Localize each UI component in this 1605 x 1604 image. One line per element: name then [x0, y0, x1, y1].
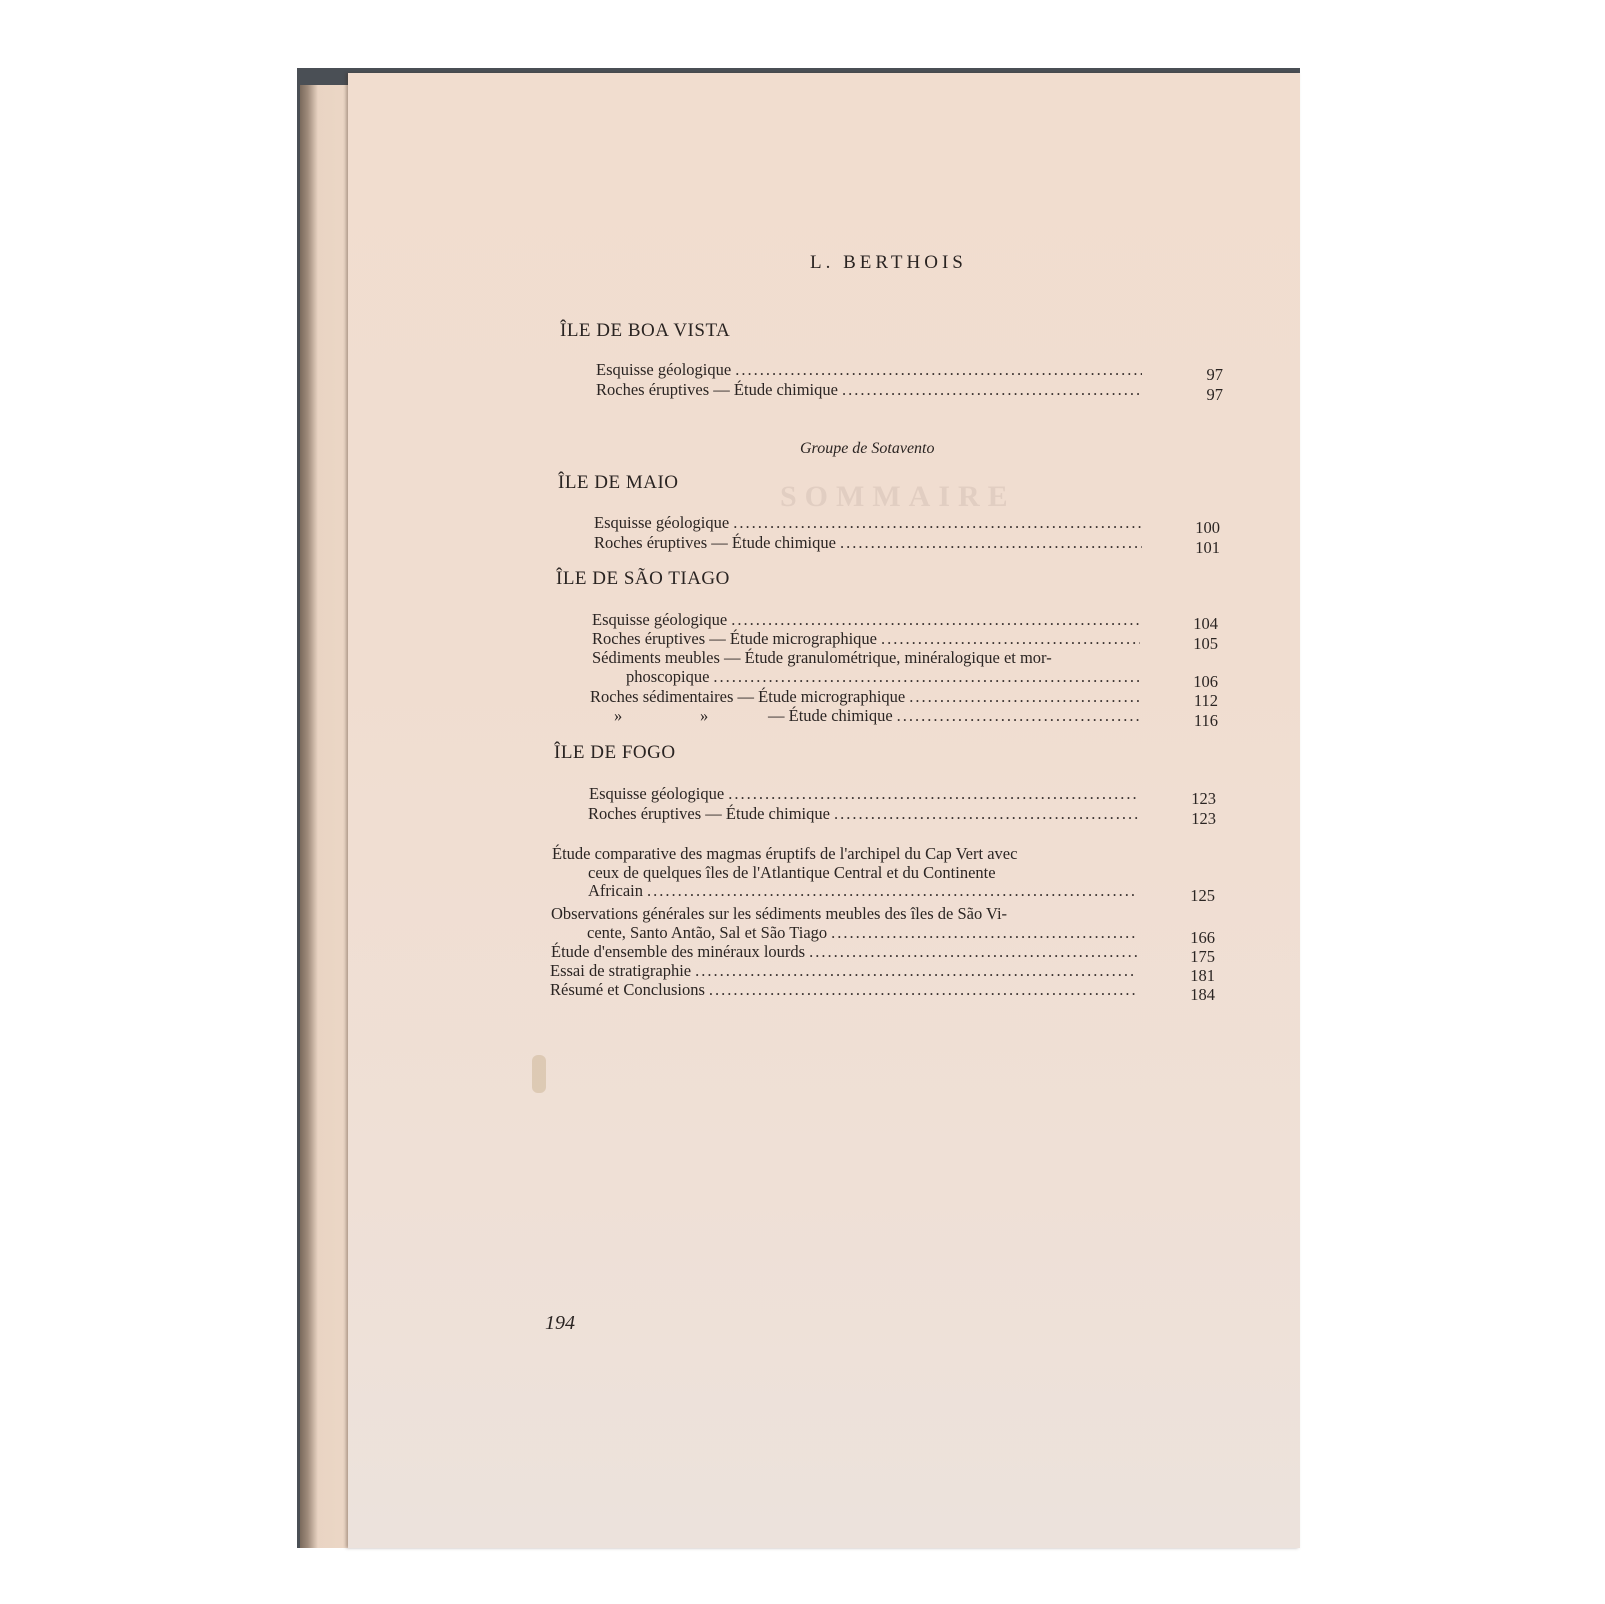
folio-page-number: 194 — [545, 1312, 575, 1335]
show-through-text: SOMMAIRE — [780, 480, 1016, 514]
toc-entry[interactable]: phoscopique — [626, 667, 1144, 687]
dot-leader — [831, 923, 1137, 943]
page-number: 184 — [1175, 985, 1215, 1005]
toc-entry[interactable]: Esquisse géologique — [594, 513, 1146, 533]
toc-entry-line: Observations générales sur les sédiments… — [551, 904, 1007, 924]
page-number: 181 — [1175, 966, 1215, 986]
page-number: 104 — [1178, 614, 1218, 634]
dot-leader — [897, 706, 1140, 726]
page-number: 166 — [1175, 928, 1215, 948]
dot-leader — [728, 784, 1139, 804]
page-number: 101 — [1180, 538, 1220, 558]
toc-entry[interactable]: Roches éruptives — Étude chimique — [594, 533, 1146, 553]
section-title-fogo: ÎLE DE FOGO — [554, 742, 676, 764]
page-number: 100 — [1180, 518, 1220, 538]
ditto-mark: » — [700, 706, 708, 726]
toc-entry[interactable]: Roches éruptives — Étude chimique — [588, 804, 1143, 824]
dot-leader — [733, 513, 1142, 533]
toc-entry[interactable]: Roches sédimentaires — Étude micrographi… — [590, 687, 1144, 707]
page-number: 116 — [1178, 711, 1218, 731]
section-title-maio: ÎLE DE MAIO — [558, 472, 679, 494]
dot-leader — [731, 610, 1140, 630]
page-number: 123 — [1176, 789, 1216, 809]
ditto-mark: » — [614, 706, 622, 726]
page-number: 112 — [1178, 691, 1218, 711]
toc-entry-line: ceux de quelques îles de l'Atlantique Ce… — [588, 863, 996, 883]
running-header: L. BERTHOIS — [810, 252, 967, 274]
dot-leader — [735, 360, 1142, 380]
toc-entry-line: Sédiments meubles — Étude granulométriqu… — [592, 648, 1052, 668]
dot-leader — [840, 533, 1142, 553]
toc-entry[interactable]: Africain — [588, 881, 1142, 901]
dot-leader — [881, 629, 1140, 649]
toc-entry[interactable]: Roches éruptives — Étude micrographique — [592, 629, 1144, 649]
toc-entry-line: Étude comparative des magmas éruptifs de… — [552, 844, 1017, 864]
page-number: 97 — [1183, 385, 1223, 405]
dot-leader — [909, 687, 1140, 707]
page-number: 123 — [1176, 809, 1216, 829]
page-number: 106 — [1178, 672, 1218, 692]
toc-entry[interactable]: — Étude chimique — [768, 706, 1144, 726]
page-number: 175 — [1175, 947, 1215, 967]
page-number: 97 — [1183, 365, 1223, 385]
toc-entry[interactable]: Étude d'ensemble des minéraux lourds — [551, 942, 1141, 962]
toc-entry[interactable]: Roches éruptives — Étude chimique — [596, 380, 1146, 400]
dot-leader — [809, 942, 1137, 962]
toc-entry[interactable]: cente, Santo Antão, Sal et São Tiago — [587, 923, 1141, 943]
toc-entry[interactable]: Esquisse géologique — [592, 610, 1144, 630]
section-title-boa-vista: ÎLE DE BOA VISTA — [560, 320, 730, 342]
page-number: 125 — [1175, 886, 1215, 906]
section-title-sao-tiago: ÎLE DE SÃO TIAGO — [556, 568, 730, 590]
toc-entry[interactable]: Esquisse géologique — [596, 360, 1146, 380]
group-label: Groupe de Sotavento — [800, 440, 934, 458]
dot-leader — [834, 804, 1139, 824]
dot-leader — [709, 980, 1137, 1000]
dot-leader — [842, 380, 1142, 400]
dot-leader — [713, 667, 1140, 687]
page-number: 105 — [1178, 634, 1218, 654]
dot-leader — [695, 961, 1137, 981]
toc-entry[interactable]: Résumé et Conclusions — [550, 980, 1141, 1000]
paper-stain — [532, 1055, 546, 1093]
toc-entry[interactable]: Essai de stratigraphie — [550, 961, 1141, 981]
dot-leader — [647, 881, 1138, 901]
toc-entry[interactable]: Esquisse géologique — [589, 784, 1143, 804]
